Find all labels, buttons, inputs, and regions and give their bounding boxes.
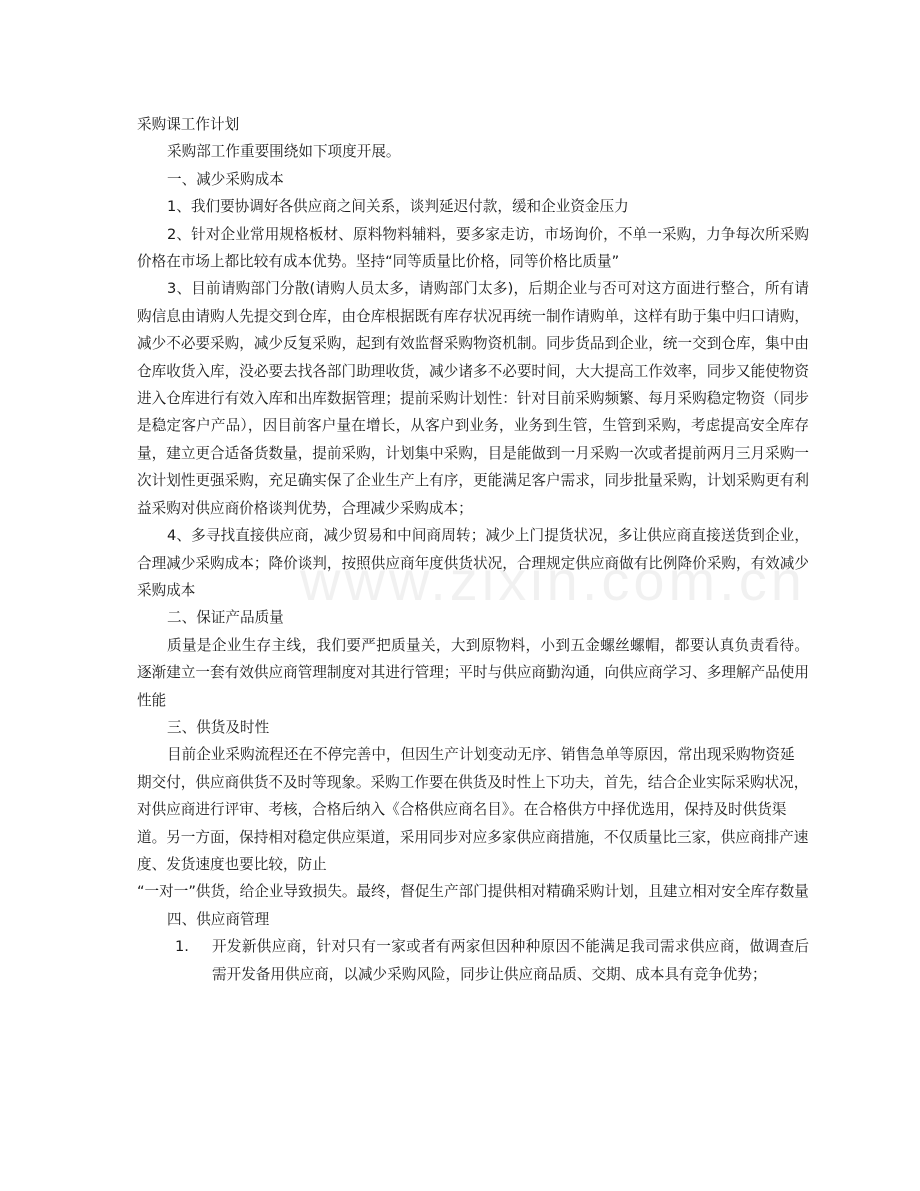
list-item: 1. 开发新供应商，针对只有一家或者有两家但因种种原因不能满足我司需求供应商，做…: [137, 933, 809, 989]
document-title: 采购课工作计划: [137, 111, 809, 138]
section-1-paragraph-1: 1、我们要协调好各供应商之间关系，谈判延迟付款，缓和企业资金压力: [137, 193, 809, 220]
section-1-paragraph-2: 2、针对企业常用规格板材、原料物料辅料，要多家走访，市场询价，不单一采购，力争每…: [137, 221, 809, 276]
section-3-continuation: “一对一”供货，给企业导致损失。最终，督促生产部门提供相对精确采购计划，且建立相…: [137, 878, 809, 905]
list-number: 1.: [137, 933, 212, 989]
section-heading-4: 四、供应商管理: [137, 906, 809, 933]
section-heading-2: 二、保证产品质量: [137, 604, 809, 631]
section-heading-1: 一、减少采购成本: [137, 166, 809, 193]
section-1-paragraph-3: 3、目前请购部门分散(请购人员太多，请购部门太多)，后期企业与否可对这方面进行整…: [137, 275, 809, 522]
document-page: 采购课工作计划 采购部工作重要围绕如下项度开展。 一、减少采购成本 1、我们要协…: [137, 111, 809, 989]
list-text: 开发新供应商，针对只有一家或者有两家但因种种原因不能满足我司需求供应商，做调查后…: [212, 933, 809, 989]
section-heading-3: 三、供货及时性: [137, 714, 809, 741]
section-3-paragraph-1: 目前企业采购流程还在不停完善中，但因生产计划变动无序、销售急单等原因，常出现采购…: [137, 741, 809, 878]
section-2-paragraph-1: 质量是企业生存主线，我们要严把质量关，大到原物料，小到五金螺丝螺帽，都要认真负责…: [137, 632, 809, 714]
section-1-paragraph-4: 4、多寻找直接供应商，减少贸易和中间商周转；减少上门提货状况，多让供应商直接送货…: [137, 522, 809, 604]
intro-paragraph: 采购部工作重要围绕如下项度开展。: [137, 138, 809, 165]
